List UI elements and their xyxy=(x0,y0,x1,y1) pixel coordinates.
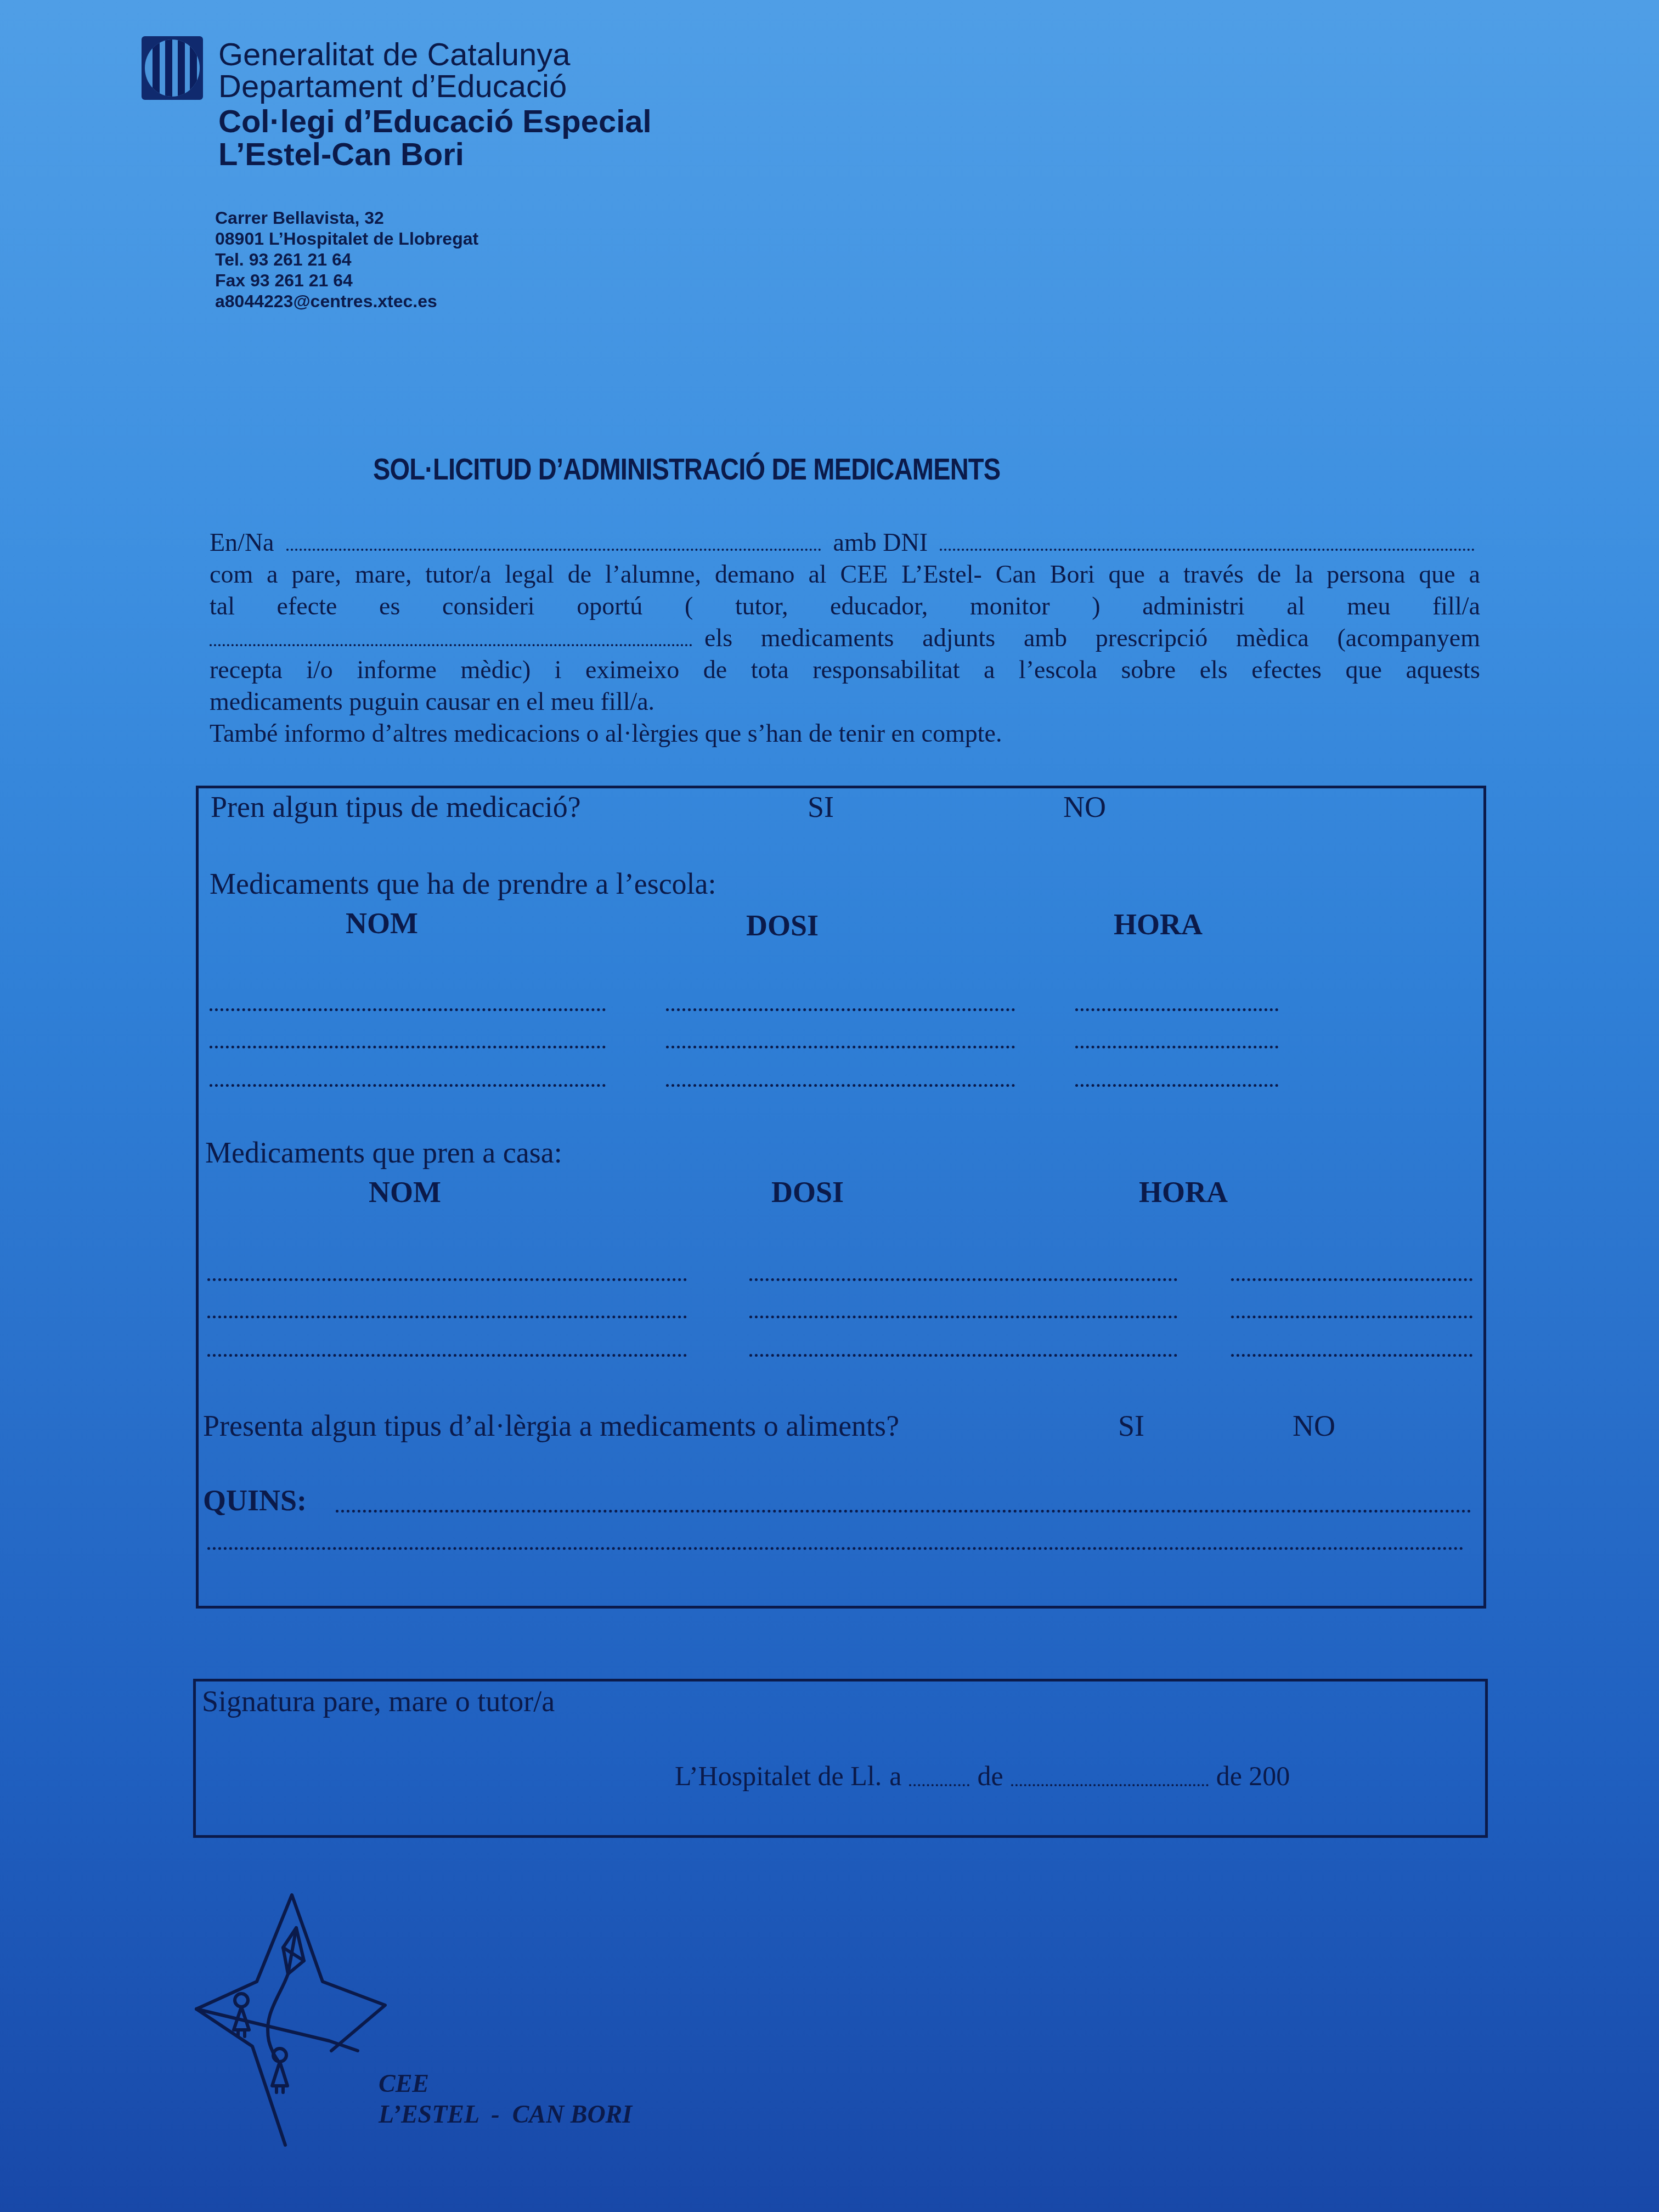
name-field[interactable] xyxy=(286,549,821,551)
word: L’Estel- xyxy=(901,558,982,590)
generalitat-shield-icon xyxy=(142,36,203,100)
word: que xyxy=(1419,558,1455,590)
home_meds-row-3-hora-field[interactable] xyxy=(1231,1354,1472,1357)
word: l’alumne, xyxy=(605,558,701,590)
word: de xyxy=(1257,558,1281,590)
home_meds-row-2-hora-field[interactable] xyxy=(1231,1316,1472,1318)
name-dni-line: En/Na amb DNI xyxy=(210,527,1480,558)
address-street: Carrer Bellavista, 32 xyxy=(215,207,478,228)
which-field-2[interactable] xyxy=(207,1547,1464,1550)
word: eximeixo xyxy=(585,654,679,686)
word: meu xyxy=(1347,590,1390,622)
word: fill/a xyxy=(1432,590,1480,622)
word: informe xyxy=(357,654,437,686)
date-line: L’Hospitalet de Ll. a de de 200 xyxy=(675,1760,1290,1792)
word: monitor xyxy=(970,590,1050,622)
allergy-no-option[interactable]: NO xyxy=(1293,1409,1335,1443)
home_meds-row-1-dosi-field[interactable] xyxy=(749,1278,1177,1281)
intro-line-7-text: També informo d’altres medicacions o al·… xyxy=(210,718,1002,749)
home_meds-row-3-nom-field[interactable] xyxy=(207,1354,687,1357)
school-name: L’Estel-Can Bori xyxy=(218,137,464,172)
word: consideri xyxy=(442,590,535,622)
de-label: de xyxy=(977,1760,1003,1792)
school-col-hora: HORA xyxy=(1114,907,1203,941)
word: mare, xyxy=(355,558,411,590)
word: l’escola xyxy=(1019,654,1097,686)
word: responsabilitat xyxy=(812,654,960,686)
address-email[interactable]: a8044223@centres.xtec.es xyxy=(215,291,478,312)
intro-line-5: receptai/oinformemèdic)ieximeixodetotare… xyxy=(210,654,1480,686)
word: de xyxy=(568,558,591,590)
word: es xyxy=(379,590,400,622)
word: aquests xyxy=(1406,654,1480,686)
intro-line-7: També informo d’altres medicacions o al·… xyxy=(210,718,1480,749)
word: Bori xyxy=(1050,558,1095,590)
word: al xyxy=(808,558,826,590)
school-col-nom: NOM xyxy=(346,906,418,940)
school_meds-row-3-dosi-field[interactable] xyxy=(666,1084,1015,1087)
address-phone: Tel. 93 261 21 64 xyxy=(215,249,478,270)
school-col-dosi: DOSI xyxy=(746,909,819,943)
word: que xyxy=(1345,654,1381,686)
allergy-question: Presenta algun tipus d’al·lèrgia a medic… xyxy=(203,1409,899,1443)
intro-line-6-text: medicaments puguin causar en el meu fill… xyxy=(210,686,654,718)
intro-line-6: medicaments puguin causar en el meu fill… xyxy=(210,686,1480,718)
which-field-1[interactable] xyxy=(336,1510,1471,1513)
word: com xyxy=(210,558,253,590)
school_meds-row-3-hora-field[interactable] xyxy=(1075,1084,1278,1087)
word: demano xyxy=(715,558,795,590)
word: administri xyxy=(1142,590,1245,622)
place-label: L’Hospitalet de Ll. xyxy=(675,1760,882,1792)
word: tota xyxy=(751,654,789,686)
address-block: Carrer Bellavista, 32 08901 L’Hospitalet… xyxy=(215,207,478,312)
word: a xyxy=(984,654,995,686)
home_meds-row-1-nom-field[interactable] xyxy=(207,1278,687,1281)
school_meds-row-2-nom-field[interactable] xyxy=(210,1046,606,1048)
word: tal xyxy=(210,590,235,622)
word: sobre xyxy=(1121,654,1176,686)
word: i xyxy=(555,654,562,686)
school_meds-row-1-nom-field[interactable] xyxy=(210,1008,606,1011)
word: a xyxy=(267,558,278,590)
word: tutor, xyxy=(735,590,788,622)
footer-logo-text: CEE L’ESTEL - CAN BORI xyxy=(379,2068,632,2130)
footer-logo-line-2: L’ESTEL - CAN BORI xyxy=(379,2099,632,2130)
home_meds-row-2-dosi-field[interactable] xyxy=(749,1316,1177,1318)
word: mèdic) xyxy=(461,654,531,686)
address-fax: Fax 93 261 21 64 xyxy=(215,270,478,291)
intro-line-4: els medicaments adjunts amb prescripció … xyxy=(210,622,1480,654)
school_meds-row-1-dosi-field[interactable] xyxy=(666,1008,1015,1011)
which-label: QUINS: xyxy=(203,1483,307,1517)
word: la xyxy=(1295,558,1313,590)
word: al xyxy=(1286,590,1305,622)
home-col-nom: NOM xyxy=(369,1175,441,1209)
child-name-field[interactable] xyxy=(210,644,692,646)
day-field[interactable] xyxy=(909,1784,969,1786)
word: tutor/a xyxy=(425,558,491,590)
dni-field[interactable] xyxy=(940,549,1475,551)
org-name: Generalitat de Catalunya xyxy=(218,37,571,72)
school_meds-row-2-dosi-field[interactable] xyxy=(666,1046,1015,1048)
word: a xyxy=(1469,558,1480,590)
dni-label: amb DNI xyxy=(833,527,928,558)
word: educador, xyxy=(830,590,928,622)
word: a xyxy=(1159,558,1170,590)
year-prefix: de 200 xyxy=(1216,1760,1290,1792)
school-meds-label: Medicaments que ha de prendre a l’escola… xyxy=(210,867,716,901)
intro-line-2: comapare,mare,tutor/alegaldel’alumne,dem… xyxy=(210,558,1480,590)
school_meds-row-3-nom-field[interactable] xyxy=(210,1084,606,1087)
word: de xyxy=(703,654,727,686)
word: ) xyxy=(1092,590,1100,622)
department-name: Departament d’Educació xyxy=(218,69,567,104)
signature-label: Signatura pare, mare o tutor/a xyxy=(202,1684,555,1718)
home_meds-row-3-dosi-field[interactable] xyxy=(749,1354,1177,1357)
medication-question: Pren algun tipus de medicació? xyxy=(211,790,581,824)
word: recepta xyxy=(210,654,283,686)
word: legal xyxy=(505,558,554,590)
word: que xyxy=(1108,558,1144,590)
medication-yes-option[interactable]: SI xyxy=(808,790,834,824)
word: efecte xyxy=(277,590,337,622)
word: través xyxy=(1183,558,1244,590)
word: i/o xyxy=(306,654,333,686)
school-type: Col·legi d’Educació Especial xyxy=(218,104,652,139)
a-label: a xyxy=(889,1760,901,1792)
school_meds-row-1-hora-field[interactable] xyxy=(1075,1008,1278,1011)
word: CEE xyxy=(840,558,888,590)
school_meds-row-2-hora-field[interactable] xyxy=(1075,1046,1278,1048)
word: els xyxy=(1200,654,1228,686)
home-col-dosi: DOSI xyxy=(771,1175,844,1209)
medication-no-option[interactable]: NO xyxy=(1063,790,1106,824)
address-city: 08901 L’Hospitalet de Llobregat xyxy=(215,228,478,249)
intro-paragraph: En/Na amb DNI comapare,mare,tutor/alegal… xyxy=(210,527,1480,749)
home_meds-row-1-hora-field[interactable] xyxy=(1231,1278,1472,1281)
footer-logo-line-1: CEE xyxy=(379,2068,632,2099)
intro-line-3: talefecteesconsiderioportú(tutor,educado… xyxy=(210,590,1480,622)
word: ( xyxy=(685,590,693,622)
word: persona xyxy=(1327,558,1405,590)
word: pare, xyxy=(291,558,341,590)
month-field[interactable] xyxy=(1011,1784,1209,1786)
home-meds-label: Medicaments que pren a casa: xyxy=(205,1136,562,1170)
form-title: SOL·LICITUD D’ADMINISTRACIÓ DE MEDICAMEN… xyxy=(373,451,1000,487)
word: efectes xyxy=(1251,654,1322,686)
word: Can xyxy=(996,558,1036,590)
word: oportú xyxy=(577,590,642,622)
intro-line-4-text: els medicaments adjunts amb prescripció … xyxy=(704,622,1480,654)
home-col-hora: HORA xyxy=(1139,1175,1228,1209)
name-label: En/Na xyxy=(210,527,274,558)
allergy-yes-option[interactable]: SI xyxy=(1118,1409,1144,1443)
home_meds-row-2-nom-field[interactable] xyxy=(207,1316,687,1318)
